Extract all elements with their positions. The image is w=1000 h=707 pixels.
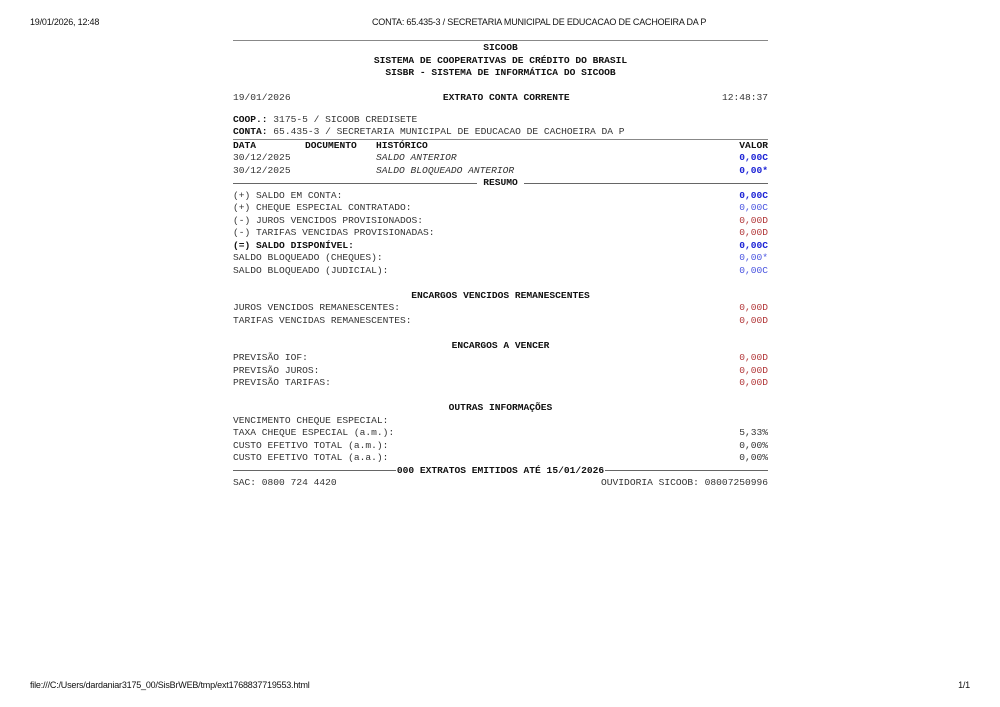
encargo-value: 0,00D bbox=[739, 302, 768, 315]
coop-label: COOP.: bbox=[233, 114, 268, 127]
info-item: TAXA CHEQUE ESPECIAL (a.m.):5,33% bbox=[233, 427, 768, 440]
row-history: SALDO BLOQUEADO ANTERIOR bbox=[376, 165, 739, 178]
encargo-value: 0,00D bbox=[739, 365, 768, 378]
encargos-vencer-title: ENCARGOS A VENCER bbox=[233, 340, 768, 353]
resumo-item: SALDO BLOQUEADO (JUDICIAL):0,00C bbox=[233, 265, 768, 278]
info-value: 0,00% bbox=[739, 452, 768, 465]
resumo-value: 0,00D bbox=[739, 227, 768, 240]
header-line-3: SISBR - SISTEMA DE INFORMÁTICA DO SICOOB bbox=[233, 67, 768, 80]
resumo-label: (+) SALDO EM CONTA: bbox=[233, 190, 342, 203]
resumo-label: SALDO BLOQUEADO (CHEQUES): bbox=[233, 252, 383, 265]
resumo-label: (-) TARIFAS VENCIDAS PROVISIONADAS: bbox=[233, 227, 435, 240]
encargo-item: PREVISÃO TARIFAS:0,00D bbox=[233, 377, 768, 390]
info-item: VENCIMENTO CHEQUE ESPECIAL: bbox=[233, 415, 768, 428]
info-item: CUSTO EFETIVO TOTAL (a.m.):0,00% bbox=[233, 440, 768, 453]
encargo-item: PREVISÃO JUROS:0,00D bbox=[233, 365, 768, 378]
header-line-2: SISTEMA DE COOPERATIVAS DE CRÉDITO DO BR… bbox=[233, 55, 768, 68]
resumo-label: SALDO BLOQUEADO (JUDICIAL): bbox=[233, 265, 388, 278]
conta-label: CONTA: bbox=[233, 126, 268, 139]
print-footer-url: file:///C:/Users/dardaniar3175_00/SisBrW… bbox=[30, 680, 310, 690]
col-document: DOCUMENTO bbox=[305, 140, 376, 153]
encargo-value: 0,00D bbox=[739, 377, 768, 390]
info-label: VENCIMENTO CHEQUE ESPECIAL: bbox=[233, 415, 388, 428]
row-document bbox=[305, 165, 376, 178]
col-date: DATA bbox=[233, 140, 305, 153]
row-date: 30/12/2025 bbox=[233, 165, 305, 178]
report-header-row: 19/01/2026 EXTRATO CONTA CORRENTE 12:48:… bbox=[233, 92, 768, 105]
statement-document: SICOOB SISTEMA DE COOPERATIVAS DE CRÉDIT… bbox=[233, 40, 768, 490]
info-label: CUSTO EFETIVO TOTAL (a.m.): bbox=[233, 440, 388, 453]
table-row: 30/12/2025 SALDO BLOQUEADO ANTERIOR 0,00… bbox=[233, 165, 768, 178]
encargo-label: TARIFAS VENCIDAS REMANESCENTES: bbox=[233, 315, 411, 328]
encargos-vencidos-title: ENCARGOS VENCIDOS REMANESCENTES bbox=[233, 290, 768, 303]
row-value: 0,00C bbox=[739, 152, 768, 165]
encargo-label: PREVISÃO TARIFAS: bbox=[233, 377, 331, 390]
resumo-value: 0,00D bbox=[739, 215, 768, 228]
report-time: 12:48:37 bbox=[722, 92, 768, 105]
resumo-item: SALDO BLOQUEADO (CHEQUES):0,00* bbox=[233, 252, 768, 265]
info-item: CUSTO EFETIVO TOTAL (a.a.):0,00% bbox=[233, 452, 768, 465]
conta-row: CONTA: 65.435-3 / SECRETARIA MUNICIPAL D… bbox=[233, 126, 768, 139]
row-document bbox=[305, 152, 376, 165]
coop-value: 3175-5 / SICOOB CREDISETE bbox=[268, 114, 418, 127]
print-footer-page: 1/1 bbox=[958, 680, 970, 690]
info-value: 0,00% bbox=[739, 440, 768, 453]
resumo-item: (+) SALDO EM CONTA:0,00C bbox=[233, 190, 768, 203]
encargo-label: PREVISÃO IOF: bbox=[233, 352, 308, 365]
row-history: SALDO ANTERIOR bbox=[376, 152, 739, 165]
info-label: TAXA CHEQUE ESPECIAL (a.m.): bbox=[233, 427, 394, 440]
header-line-1: SICOOB bbox=[233, 42, 768, 55]
resumo-item: (-) JUROS VENCIDOS PROVISIONADOS:0,00D bbox=[233, 215, 768, 228]
report-date: 19/01/2026 bbox=[233, 92, 291, 105]
contact-row: SAC: 0800 724 4420 OUVIDORIA SICOOB: 080… bbox=[233, 477, 768, 490]
report-title: EXTRATO CONTA CORRENTE bbox=[443, 92, 570, 105]
resumo-label: (+) CHEQUE ESPECIAL CONTRATADO: bbox=[233, 202, 411, 215]
resumo-value: 0,00C bbox=[739, 240, 768, 253]
row-value: 0,00* bbox=[739, 165, 768, 178]
sac-phone: SAC: 0800 724 4420 bbox=[233, 477, 337, 490]
ouvidoria-phone: OUVIDORIA SICOOB: 08007250996 bbox=[601, 477, 768, 490]
conta-value: 65.435-3 / SECRETARIA MUNICIPAL DE EDUCA… bbox=[268, 126, 625, 139]
table-row: 30/12/2025 SALDO ANTERIOR 0,00C bbox=[233, 152, 768, 165]
encargo-value: 0,00D bbox=[739, 315, 768, 328]
top-rule bbox=[233, 40, 768, 41]
info-label: CUSTO EFETIVO TOTAL (a.a.): bbox=[233, 452, 388, 465]
print-header-datetime: 19/01/2026, 12:48 bbox=[30, 17, 99, 27]
resumo-value: 0,00* bbox=[739, 252, 768, 265]
resumo-title: RESUMO bbox=[477, 177, 524, 190]
resumo-item: (-) TARIFAS VENCIDAS PROVISIONADAS:0,00D bbox=[233, 227, 768, 240]
encargo-label: PREVISÃO JUROS: bbox=[233, 365, 319, 378]
encargo-item: TARIFAS VENCIDAS REMANESCENTES:0,00D bbox=[233, 315, 768, 328]
resumo-value: 0,00C bbox=[739, 190, 768, 203]
coop-row: COOP.: 3175-5 / SICOOB CREDISETE bbox=[233, 114, 768, 127]
encargo-item: PREVISÃO IOF:0,00D bbox=[233, 352, 768, 365]
resumo-label: (-) JUROS VENCIDOS PROVISIONADOS: bbox=[233, 215, 423, 228]
resumo-value: 0,00C bbox=[739, 265, 768, 278]
encargo-label: JUROS VENCIDOS REMANESCENTES: bbox=[233, 302, 400, 315]
resumo-label: (=) SALDO DISPONÍVEL: bbox=[233, 240, 354, 253]
outras-title: OUTRAS INFORMAÇÕES bbox=[233, 402, 768, 415]
info-value: 5,33% bbox=[739, 427, 768, 440]
print-header-title: CONTA: 65.435-3 / SECRETARIA MUNICIPAL D… bbox=[372, 17, 706, 27]
col-value: VALOR bbox=[739, 140, 768, 153]
row-date: 30/12/2025 bbox=[233, 152, 305, 165]
resumo-item: (+) CHEQUE ESPECIAL CONTRATADO:0,00C bbox=[233, 202, 768, 215]
table-header: DATA DOCUMENTO HISTÓRICO VALOR bbox=[233, 140, 768, 153]
resumo-value: 0,00C bbox=[739, 202, 768, 215]
encargo-item: JUROS VENCIDOS REMANESCENTES:0,00D bbox=[233, 302, 768, 315]
col-history: HISTÓRICO bbox=[376, 140, 739, 153]
resumo-item: (=) SALDO DISPONÍVEL:0,00C bbox=[233, 240, 768, 253]
encargo-value: 0,00D bbox=[739, 352, 768, 365]
resumo-separator: RESUMO bbox=[233, 177, 768, 190]
emitted-text: 000 EXTRATOS EMITIDOS ATÉ 15/01/2026 bbox=[396, 465, 605, 478]
emitted-separator: 000 EXTRATOS EMITIDOS ATÉ 15/01/2026 bbox=[233, 465, 768, 478]
